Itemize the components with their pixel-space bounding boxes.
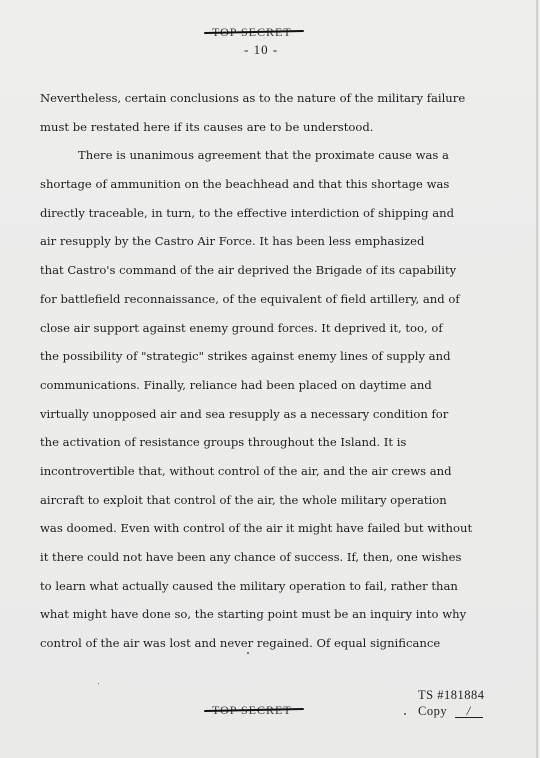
copy-label: Copy [418,704,447,718]
text-line: for battlefield reconnaissance, of the e… [40,285,520,314]
copy-field: Copy / [418,703,484,719]
copy-number: / [455,705,483,718]
classification-stamp-bottom: TOP SECRET [212,703,292,718]
text-line: There is unanimous agreement that the pr… [40,141,520,170]
document-page: TOP SECRET - 10 - Nevertheless, certain … [0,0,538,758]
scan-speck [404,713,406,715]
text-line: to learn what actually caused the milita… [40,572,520,601]
text-line: virtually unopposed air and sea resupply… [40,400,520,429]
document-number: TS #181884 [418,687,484,703]
page-number: - 10 - [244,42,278,58]
text-line: communications. Finally, reliance had be… [40,371,520,400]
scan-speck [247,652,249,654]
text-line: incontrovertible that, without control o… [40,457,520,486]
page-edge [536,0,538,758]
text-line: that Castro's command of the air deprive… [40,256,520,285]
text-line: aircraft to exploit that control of the … [40,486,520,515]
text-line: the activation of resistance groups thro… [40,428,520,457]
document-reference: TS #181884 Copy / [418,687,484,719]
text-line: close air support against enemy ground f… [40,314,520,343]
text-line: shortage of ammunition on the beachhead … [40,170,520,199]
text-line: what might have done so, the starting po… [40,600,520,629]
classification-stamp-top: TOP SECRET [212,25,292,40]
body-text: Nevertheless, certain conclusions as to … [40,84,520,658]
text-line: the possibility of "strategic" strikes a… [40,342,520,371]
text-line: Nevertheless, certain conclusions as to … [40,84,520,113]
text-line: control of the air was lost and never re… [40,629,520,658]
text-line: directly traceable, in turn, to the effe… [40,199,520,228]
text-line: air resupply by the Castro Air Force. It… [40,227,520,256]
text-line: it there could not have been any chance … [40,543,520,572]
text-line: was doomed. Even with control of the air… [40,514,520,543]
text-line: must be restated here if its causes are … [40,113,520,142]
scan-speck [98,683,99,684]
